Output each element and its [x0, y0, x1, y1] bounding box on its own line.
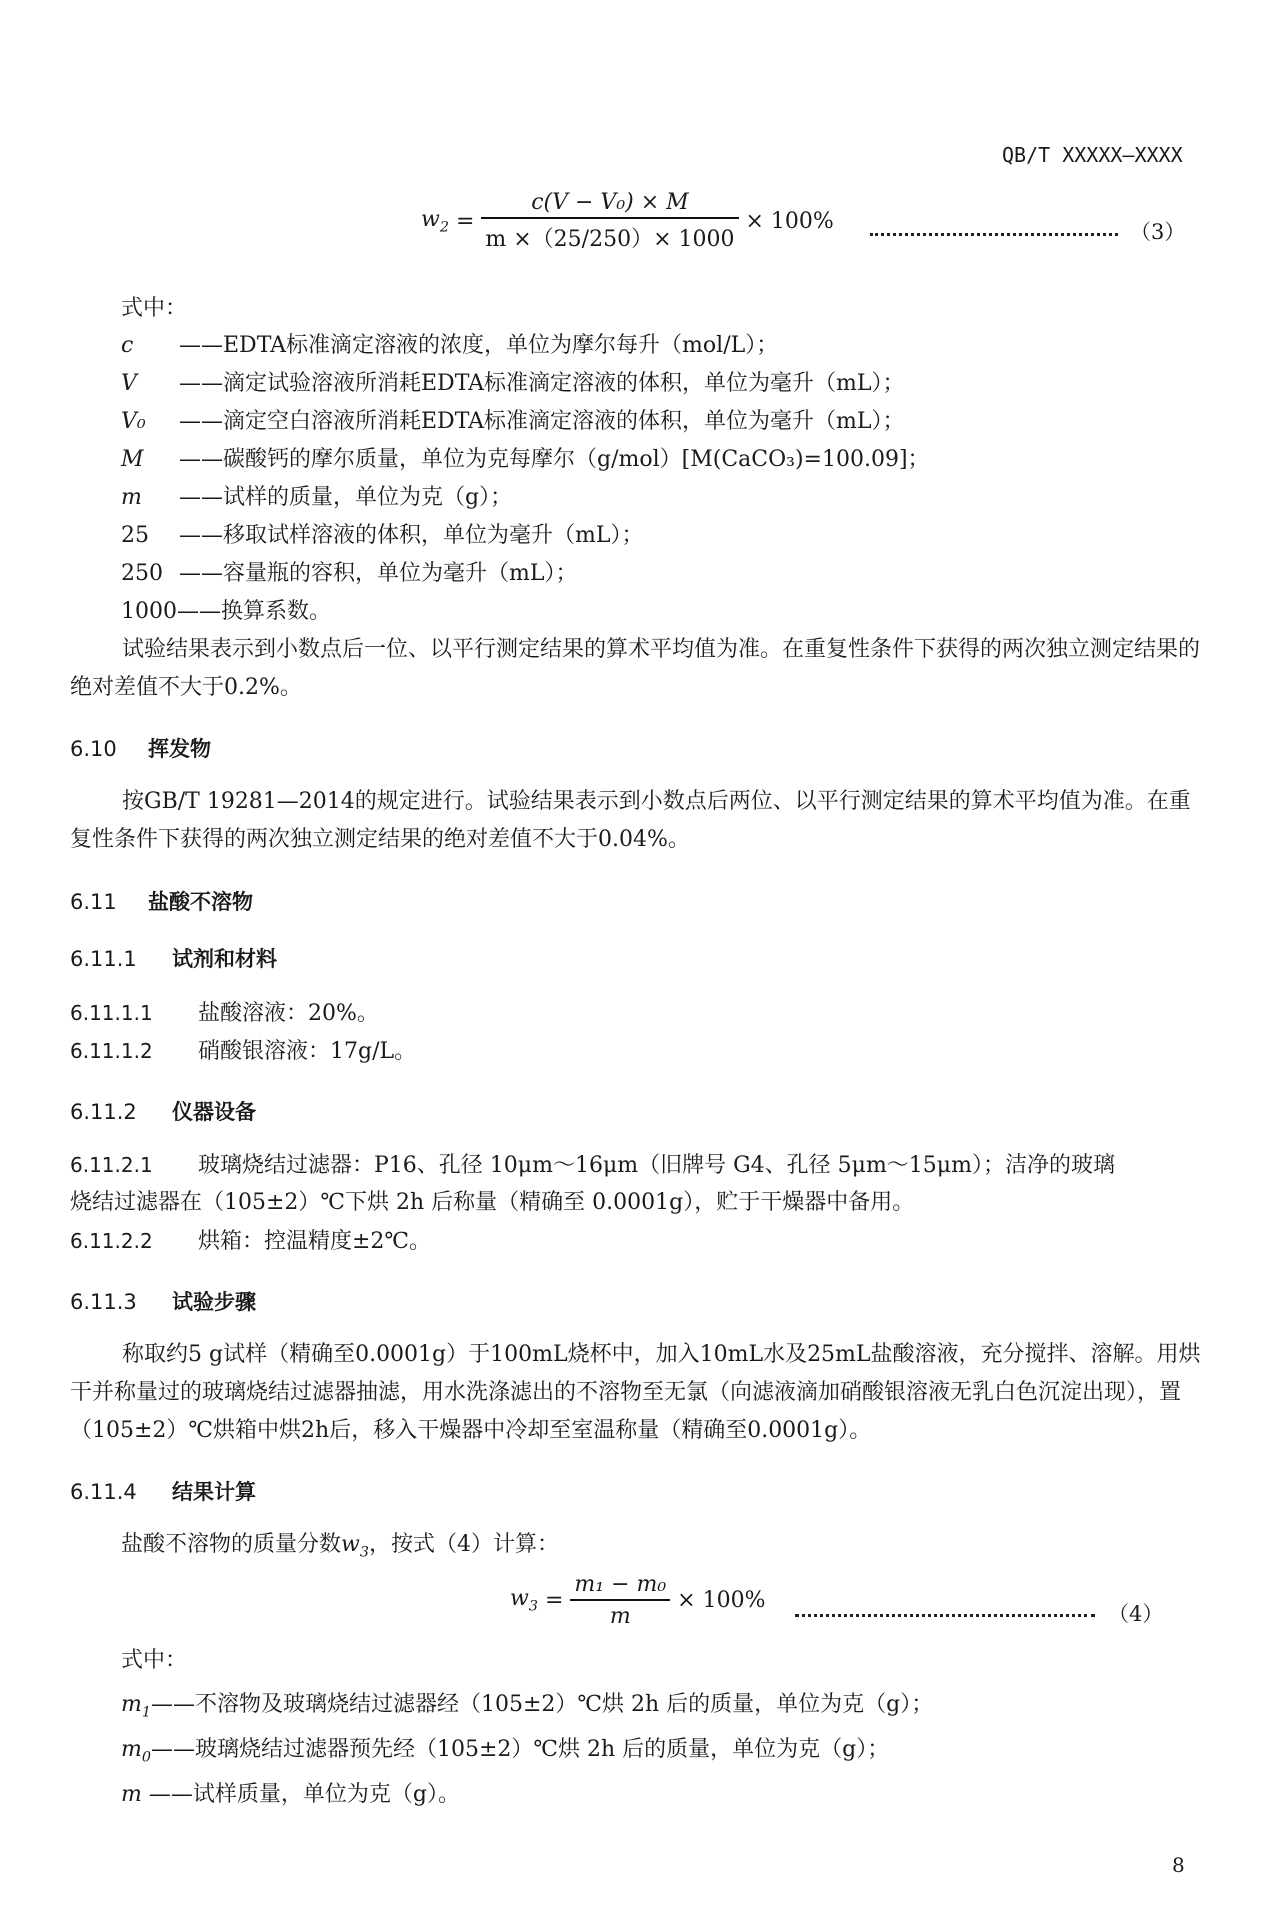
section-number: 6.11.3	[70, 1290, 172, 1314]
item-6-11-2-1-continued: 烧结过滤器在（105±2）℃下烘 2h 后称量（精确至 0.0001g），贮于干…	[70, 1184, 914, 1222]
section-heading-6-11: 6.11盐酸不溶物	[70, 886, 253, 916]
definition-text: ——移取试样溶液的体积，单位为毫升（mL）；	[179, 523, 643, 548]
formula-4-numerator: m₁ − m₀	[570, 1572, 670, 1599]
definition-text: ——试样的质量，单位为克（g）；	[179, 485, 512, 510]
section-number: 6.11.2	[70, 1100, 172, 1124]
definition-text: ——容量瓶的容积，单位为毫升（mL）；	[179, 561, 577, 586]
definition-m1: m1——不溶物及玻璃烧结过滤器经（105±2）℃烘 2h 后的质量，单位为克（g…	[121, 1686, 933, 1731]
section-6-10-body: 按GB/T 19281—2014的规定进行。试验结果表示到小数点后两位、以平行测…	[70, 783, 1210, 859]
item-6-11-2-1: 6.11.2.1玻璃烧结过滤器：P16、孔径 10μm～16μm（旧牌号 G4、…	[70, 1146, 1115, 1185]
section-heading-6-11-1: 6.11.1试剂和材料	[70, 943, 277, 973]
section-heading-6-11-4: 6.11.4结果计算	[70, 1476, 256, 1506]
formula-3-lhs: w2	[421, 207, 449, 235]
definition-text: ——玻璃烧结过滤器预先经（105±2）℃烘 2h 后的质量，单位为克（g）；	[151, 1737, 889, 1762]
result-paragraph: 试验结果表示到小数点后一位、以平行测定结果的算术平均值为准。在重复性条件下获得的…	[70, 631, 1210, 707]
item-number: 6.11.1.1	[70, 994, 198, 1032]
symbol: V	[121, 365, 179, 403]
section-title: 盐酸不溶物	[148, 890, 253, 914]
definition-text: ——滴定试验溶液所消耗EDTA标准滴定溶液的体积，单位为毫升（mL）；	[179, 371, 905, 396]
symbol: 250	[121, 555, 179, 593]
equals-sign: =	[545, 1588, 563, 1613]
symbol: 25	[121, 517, 179, 555]
section-6-11-4-intro: 盐酸不溶物的质量分数w3，按式（4）计算：	[121, 1526, 559, 1571]
section-title: 仪器设备	[172, 1100, 256, 1124]
section-heading-6-10: 6.10挥发物	[70, 733, 211, 763]
section-number: 6.11	[70, 890, 148, 914]
equals-sign: =	[456, 209, 474, 234]
definition-25: 25——移取试样溶液的体积，单位为毫升（mL）；	[121, 517, 643, 555]
item-text: 玻璃烧结过滤器：P16、孔径 10μm～16μm（旧牌号 G4、孔径 5μm～1…	[198, 1153, 1115, 1178]
formula-3-fraction: c(V − V₀) × M m ×（25/250）× 1000	[481, 190, 738, 253]
item-6-11-1-1: 6.11.1.1盐酸溶液：20%。	[70, 994, 379, 1033]
item-text: 硝酸银溶液：17g/L。	[198, 1039, 416, 1064]
intro-text-post: ，按式（4）计算：	[369, 1532, 559, 1557]
section-number: 6.11.1	[70, 947, 172, 971]
definition-text: ——EDTA标准滴定溶液的浓度，单位为摩尔每升（mol/L）；	[179, 333, 778, 358]
document-code: QB/T XXXXX—XXXX	[1002, 143, 1183, 167]
symbol: m	[121, 1782, 142, 1807]
definition-m0: m0——玻璃烧结过滤器预先经（105±2）℃烘 2h 后的质量，单位为克（g）；	[121, 1731, 889, 1776]
symbol: c	[121, 327, 179, 365]
formula-3-leader-dots	[870, 233, 1118, 236]
intro-variable: w3	[341, 1532, 369, 1557]
where-label: 式中：	[121, 290, 187, 328]
definition-text: ——试样质量，单位为克（g）。	[142, 1782, 460, 1807]
definition-m-molar: M——碳酸钙的摩尔质量，单位为克每摩尔（g/mol）[M(CaCO₃)=100.…	[121, 441, 930, 479]
section-number: 6.11.4	[70, 1480, 172, 1504]
definition-m: m ——试样质量，单位为克（g）。	[121, 1776, 460, 1814]
symbol: V₀	[121, 403, 179, 441]
definition-1000: 1000——换算系数。	[121, 593, 331, 631]
formula-3-numerator: c(V − V₀) × M	[481, 190, 738, 217]
formula-4-leader-dots	[795, 1614, 1095, 1617]
formula-4: w3 = m₁ − m₀ m × 100%	[510, 1572, 766, 1629]
definition-v: V——滴定试验溶液所消耗EDTA标准滴定溶液的体积，单位为毫升（mL）；	[121, 365, 905, 403]
where-label: 式中：	[121, 1642, 187, 1680]
section-title: 试验步骤	[172, 1290, 256, 1314]
item-text: 烘箱：控温精度±2℃。	[198, 1229, 431, 1254]
section-number: 6.10	[70, 737, 148, 761]
formula-3-number: （3）	[1130, 216, 1185, 246]
item-number: 6.11.2.1	[70, 1146, 198, 1184]
definition-text: ——碳酸钙的摩尔质量，单位为克每摩尔（g/mol）[M(CaCO₃)=100.0…	[179, 447, 930, 472]
formula-4-lhs: w3	[510, 1586, 538, 1614]
formula-4-fraction: m₁ − m₀ m	[570, 1572, 670, 1629]
formula-3: w2 = c(V − V₀) × M m ×（25/250）× 1000 × 1…	[421, 190, 834, 253]
section-6-11-3-body: 称取约5 g试样（精确至0.0001g）于100mL烧杯中，加入10mL水及25…	[70, 1336, 1210, 1450]
section-heading-6-11-3: 6.11.3试验步骤	[70, 1286, 256, 1316]
definition-250: 250——容量瓶的容积，单位为毫升（mL）；	[121, 555, 577, 593]
symbol: m	[121, 479, 179, 517]
formula-4-number: （4）	[1108, 1598, 1163, 1628]
definition-m-mass: m——试样的质量，单位为克（g）；	[121, 479, 512, 517]
intro-text: 盐酸不溶物的质量分数	[121, 1532, 341, 1557]
item-number: 6.11.1.2	[70, 1032, 198, 1070]
section-title: 结果计算	[172, 1480, 256, 1504]
item-6-11-2-2: 6.11.2.2烘箱：控温精度±2℃。	[70, 1222, 431, 1261]
definition-v0: V₀——滴定空白溶液所消耗EDTA标准滴定溶液的体积，单位为毫升（mL）；	[121, 403, 905, 441]
definition-c: c——EDTA标准滴定溶液的浓度，单位为摩尔每升（mol/L）；	[121, 327, 778, 365]
item-6-11-1-2: 6.11.1.2硝酸银溶液：17g/L。	[70, 1032, 416, 1071]
page-number: 8	[1172, 1853, 1185, 1877]
symbol: M	[121, 441, 179, 479]
formula-4-denominator: m	[570, 1599, 670, 1629]
item-text: 盐酸溶液：20%。	[198, 1001, 379, 1026]
symbol: m1	[121, 1692, 151, 1717]
definition-text: ——滴定空白溶液所消耗EDTA标准滴定溶液的体积，单位为毫升（mL）；	[179, 409, 905, 434]
section-title: 挥发物	[148, 737, 211, 761]
definition-text: ——换算系数。	[177, 599, 331, 624]
section-title: 试剂和材料	[172, 947, 277, 971]
definition-text: ——不溶物及玻璃烧结过滤器经（105±2）℃烘 2h 后的质量，单位为克（g）；	[151, 1692, 933, 1717]
item-number: 6.11.2.2	[70, 1222, 198, 1260]
formula-3-multiplier: × 100%	[746, 209, 834, 234]
symbol: m0	[121, 1737, 151, 1762]
formula-4-multiplier: × 100%	[677, 1588, 765, 1613]
formula-3-denominator: m ×（25/250）× 1000	[481, 217, 738, 253]
symbol: 1000	[121, 593, 177, 631]
section-heading-6-11-2: 6.11.2仪器设备	[70, 1096, 256, 1126]
